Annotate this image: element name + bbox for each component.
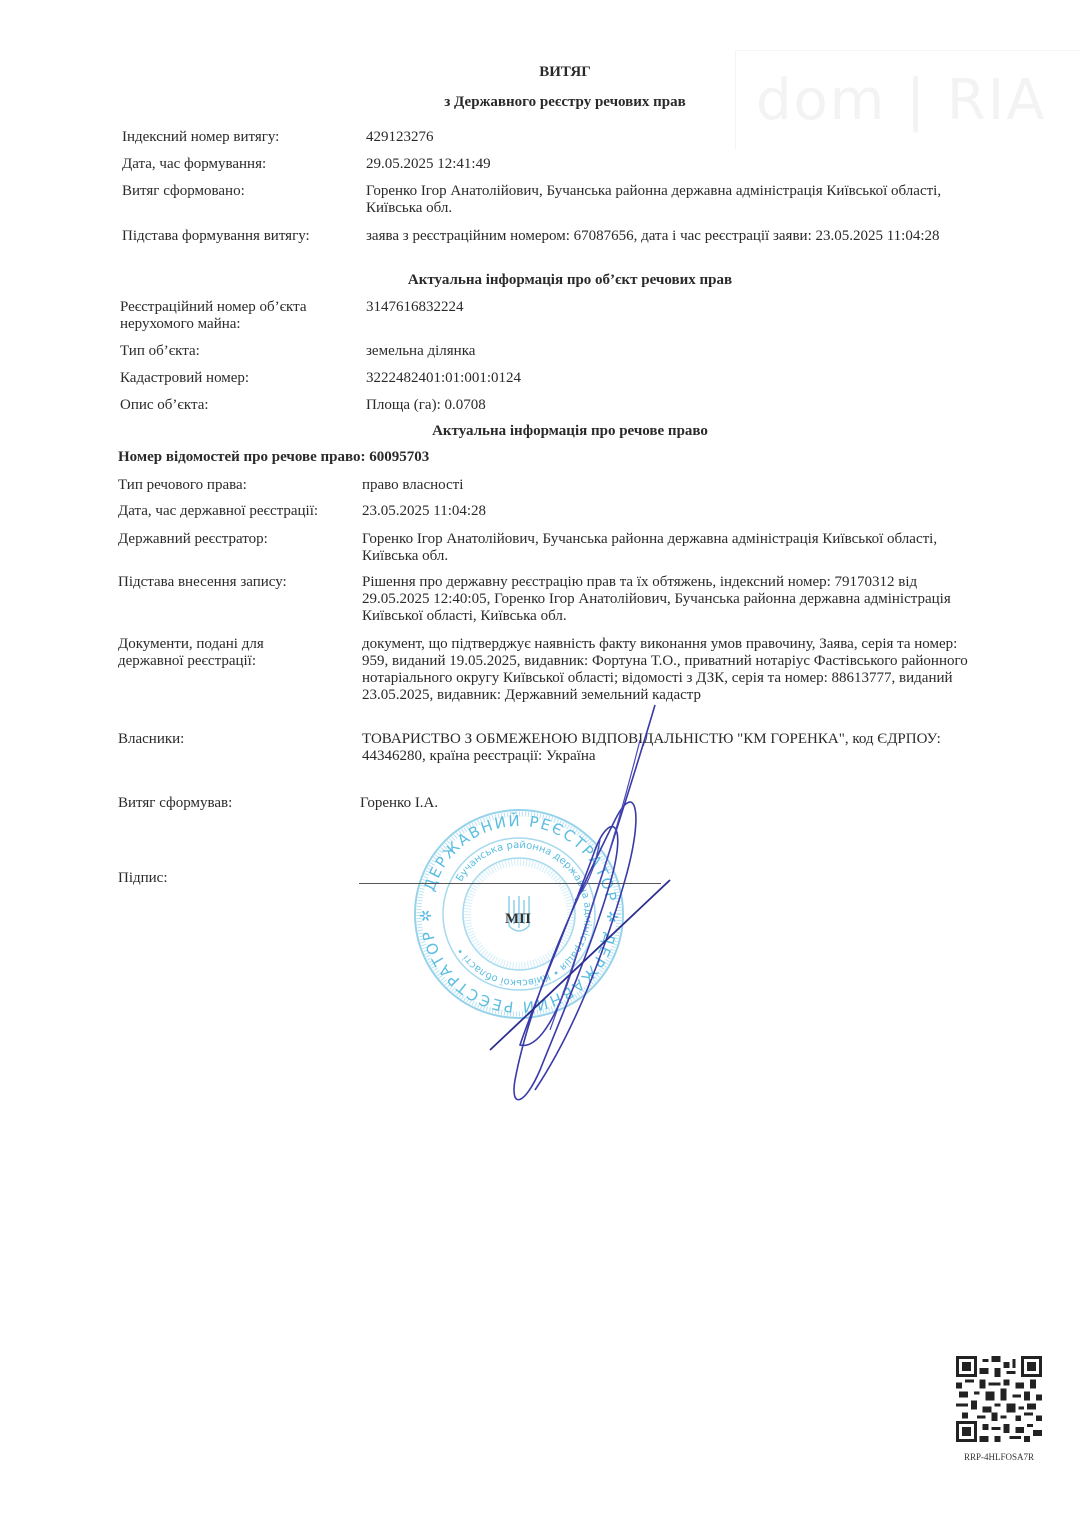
field-value: Площа (га): 0.0708	[366, 397, 981, 414]
field-value: 3222482401:01:001:0124	[366, 370, 981, 387]
field-value: 429123276	[366, 129, 981, 146]
field-value: Горенко Ігор Анатолійович, Бучанська рай…	[362, 531, 977, 565]
field-value: 3147616832224	[366, 299, 981, 316]
object-section-heading: Актуальна інформація про об’єкт речових …	[0, 272, 1080, 289]
right-section-heading: Актуальна інформація про речове право	[0, 423, 1080, 440]
field-value: Горенко Ігор Анатолійович, Бучанська рай…	[366, 183, 981, 217]
field-label: Дата, час формування:	[122, 156, 357, 173]
field-label: Кадастровий номер:	[120, 370, 355, 387]
field-label: Тип об’єкта:	[120, 343, 355, 360]
document-page: dom | RIA ВИТЯГ з Державного реєстру реч…	[0, 0, 1080, 1527]
field-label: Підпис:	[118, 870, 353, 887]
field-value: земельна ділянка	[366, 343, 981, 360]
qr-code-id: RRP-4HLFOSA7R	[956, 1452, 1042, 1462]
field-value: документ, що підтверджує наявність факту…	[362, 636, 977, 704]
qr-code-icon	[956, 1356, 1042, 1442]
field-value: Рішення про державну реєстрацію прав та …	[362, 574, 977, 625]
field-label: Підстава формування витягу:	[122, 228, 357, 245]
field-label: Витяг сформовано:	[122, 183, 357, 200]
field-label: Індексний номер витягу:	[122, 129, 357, 146]
right-record-number: Номер відомостей про речове право: 60095…	[118, 449, 429, 466]
field-label: Опис об’єкта:	[120, 397, 355, 414]
field-label: Реєстраційний номер об’єкта нерухомого м…	[120, 299, 350, 333]
field-label: Дата, час державної реєстрації:	[118, 503, 353, 520]
handwritten-signature-icon	[480, 700, 680, 1120]
field-label: Державний реєстратор:	[118, 531, 353, 548]
field-value: 23.05.2025 11:04:28	[362, 503, 977, 520]
field-value: заява з реєстраційним номером: 67087656,…	[366, 228, 981, 245]
document-subtitle: з Державного реєстру речових прав	[0, 94, 1080, 111]
field-value: право власності	[362, 477, 977, 494]
field-value: 29.05.2025 12:41:49	[366, 156, 981, 173]
field-label: Тип речового права:	[118, 477, 353, 494]
document-title: ВИТЯГ	[0, 64, 1080, 81]
field-label: Підстава внесення запису:	[118, 574, 353, 591]
field-label: Документи, подані для державної реєстрац…	[118, 636, 318, 670]
field-label: Витяг сформував:	[118, 795, 353, 812]
field-label: Власники:	[118, 731, 353, 748]
